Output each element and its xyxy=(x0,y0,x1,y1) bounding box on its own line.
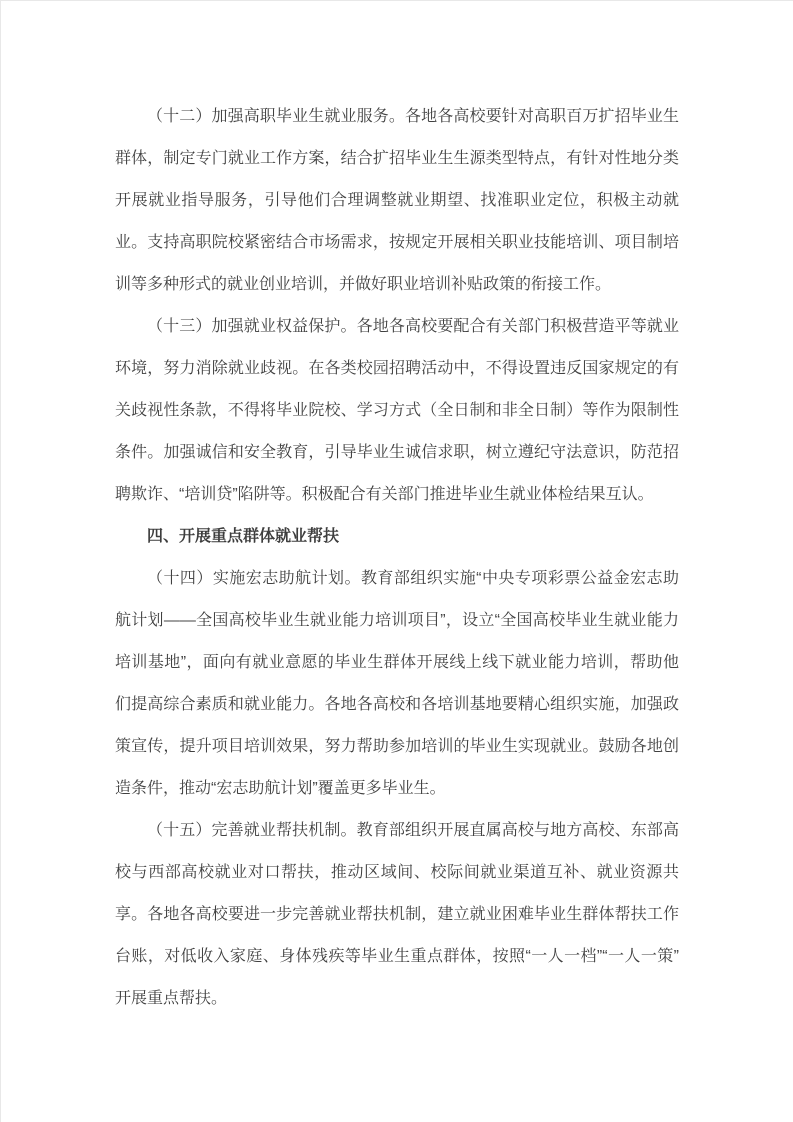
paragraph: （十五）完善就业帮扶机制。教育部组织开展直属高校与地方高校、东部高校与西部高校就… xyxy=(115,810,679,1020)
section-heading: 四、开展重点群体就业帮扶 xyxy=(115,516,679,558)
paragraph: （十四）实施宏志助航计划。教育部组织实施“中央专项彩票公益金宏志助航计划——全国… xyxy=(115,558,679,810)
document-content: （十二）加强高职毕业生就业服务。各地各高校要针对高职百万扩招毕业生群体，制定专门… xyxy=(1,1,793,1020)
paragraph: （十三）加强就业权益保护。各地各高校要配合有关部门积极营造平等就业环境，努力消除… xyxy=(115,306,679,516)
document-page: （十二）加强高职毕业生就业服务。各地各高校要针对高职百万扩招毕业生群体，制定专门… xyxy=(0,0,793,1122)
paragraph: （十二）加强高职毕业生就业服务。各地各高校要针对高职百万扩招毕业生群体，制定专门… xyxy=(115,96,679,306)
